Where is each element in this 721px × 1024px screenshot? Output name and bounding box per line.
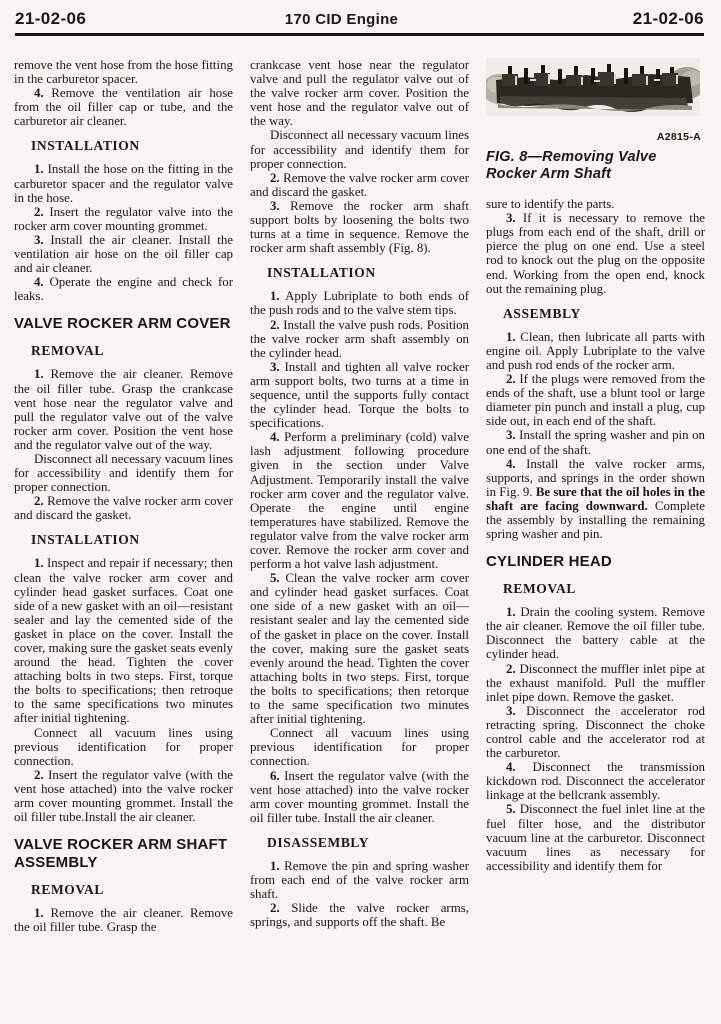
text-run: Slide the valve rocker arms, springs, an… [250, 901, 469, 929]
bold-text-run: 6. [270, 769, 280, 783]
sub-heading: INSTALLATION [14, 532, 233, 548]
paragraph: 3. Install and tighten all valve rocker … [250, 360, 469, 430]
bold-text-run: 3. [34, 233, 44, 247]
column-right: A2815-A FIG. 8—Removing Valve Rocker Arm… [486, 58, 705, 934]
bold-text-run: 1. [506, 330, 516, 344]
paragraph: 5. Disconnect the fuel inlet line at the… [486, 802, 705, 872]
bold-text-run: 1. [270, 859, 280, 873]
text-run: Remove the rocker arm shaft support bolt… [250, 199, 469, 255]
paragraph: 1. Remove the pin and spring washer from… [250, 859, 469, 901]
text-run: Insert the regulator valve into the rock… [14, 205, 233, 233]
paragraph: 1. Remove the air cleaner. Remove the oi… [14, 367, 233, 452]
bold-text-run: 1. [270, 289, 280, 303]
paragraph: 4. Disconnect the transmission kickdown … [486, 760, 705, 802]
paragraph: 2. Insert the regulator valve (with the … [14, 768, 233, 824]
paragraph: 3. Install the air cleaner. Install the … [14, 233, 233, 275]
text-run: Remove the air cleaner. Remove the oil f… [14, 367, 233, 451]
paragraph: 1. Clean, then lubricate all parts with … [486, 330, 705, 372]
paragraph: 1. Apply Lubriplate to both ends of the … [250, 289, 469, 317]
bold-text-run: 3. [270, 360, 280, 374]
text-run: Disconnect all necessary vacuum lines fo… [14, 452, 233, 494]
text-run: Inspect and repair if necessary; then cl… [14, 556, 233, 725]
text-run: Install the hose on the fitting in the c… [14, 162, 233, 204]
bold-text-run: 1. [34, 906, 44, 920]
text-run: Disconnect the transmission kickdown rod… [486, 760, 705, 802]
bold-text-run: 4. [34, 86, 44, 100]
text-run: Install and tighten all valve rocker arm… [250, 360, 469, 430]
bold-text-run: 3. [506, 428, 516, 442]
text-run: Insert the regulator valve (with the ven… [250, 769, 469, 825]
bold-text-run: 2. [270, 318, 280, 332]
paragraph: 6. Insert the regulator valve (with the … [250, 769, 469, 825]
text-run: Apply Lubriplate to both ends of the pus… [250, 289, 469, 317]
text-run: Install the air cleaner. Install the ven… [14, 233, 233, 275]
text-run: Remove the ventilation air hose from the… [14, 86, 233, 128]
paragraph: crankcase vent hose near the regulator v… [250, 58, 469, 128]
paragraph: 1. Install the hose on the fitting in th… [14, 162, 233, 204]
text-run: Disconnect the muffler inlet pipe at the… [486, 662, 705, 704]
text-run: Disconnect the fuel inlet line at the fu… [486, 802, 705, 872]
bold-text-run: 4. [270, 430, 280, 444]
paragraph: Connect all vacuum lines using previous … [250, 726, 469, 768]
paragraph: 4. Remove the ventilation air hose from … [14, 86, 233, 128]
text-run: sure to identify the parts. [486, 197, 615, 211]
page-number-right: 21-02-06 [633, 9, 704, 29]
text-run: Remove the air cleaner. Remove the oil f… [14, 906, 233, 934]
sub-heading: ASSEMBLY [486, 306, 705, 322]
text-run: crankcase vent hose near the regulator v… [250, 58, 469, 128]
paragraph: 4. Perform a preliminary (cold) valve la… [250, 430, 469, 571]
text-run: Perform a preliminary (cold) valve lash … [250, 430, 469, 571]
paragraph: 5. Clean the valve rocker arm cover and … [250, 571, 469, 726]
text-run: Insert the regulator valve (with the ven… [14, 768, 233, 824]
sub-heading: REMOVAL [14, 882, 233, 898]
column-left: remove the vent hose from the hose fitti… [14, 58, 233, 934]
sub-heading: INSTALLATION [250, 265, 469, 281]
text-run: If the plugs were removed from the ends … [486, 372, 705, 428]
paragraph: 3. Remove the rocker arm shaft support b… [250, 199, 469, 255]
paragraph: 1. Drain the cooling system. Remove the … [486, 605, 705, 661]
bold-text-run: 4. [34, 275, 44, 289]
bold-text-run: 1. [34, 367, 44, 381]
paragraph: 2. Slide the valve rocker arms, springs,… [250, 901, 469, 929]
figure-caption: FIG. 8—Removing Valve Rocker Arm Shaft [486, 149, 705, 183]
page-title: 170 CID Engine [285, 11, 398, 28]
sub-heading: REMOVAL [14, 343, 233, 359]
bold-text-run: 2. [34, 205, 44, 219]
text-run: Disconnect the accelerator rod retractin… [486, 704, 705, 760]
bold-text-run: 3. [270, 199, 280, 213]
paragraph: 1. Inspect and repair if necessary; then… [14, 556, 233, 725]
paragraph: 2. Remove the valve rocker arm cover and… [14, 494, 233, 522]
page-header: 21-02-06 170 CID Engine 21-02-06 [0, 0, 721, 29]
bold-text-run: 3. [506, 704, 516, 718]
text-run: Connect all vacuum lines using previous … [14, 726, 233, 768]
text-run: Remove the valve rocker arm cover and di… [14, 494, 233, 522]
page-number-left: 21-02-06 [15, 9, 86, 29]
bold-text-run: 5. [270, 571, 280, 585]
text-run: Clean, then lubricate all parts with eng… [486, 330, 705, 372]
paragraph: 2. Insert the regulator valve into the r… [14, 205, 233, 233]
manual-page: 21-02-06 170 CID Engine 21-02-06 remove … [0, 0, 721, 1024]
bold-text-run: 1. [34, 162, 44, 176]
paragraph: 3. Disconnect the accelerator rod retrac… [486, 704, 705, 760]
paragraph: sure to identify the parts. [486, 197, 705, 211]
paragraph: 2. Remove the valve rocker arm cover and… [250, 171, 469, 199]
text-run: remove the vent hose from the hose fitti… [14, 58, 233, 86]
paragraph: remove the vent hose from the hose fitti… [14, 58, 233, 86]
text-run: Connect all vacuum lines using previous … [250, 726, 469, 768]
paragraph: 2. If the plugs were removed from the en… [486, 372, 705, 428]
text-run: Remove the pin and spring washer from ea… [250, 859, 469, 901]
paragraph: 3. If it is necessary to remove the plug… [486, 211, 705, 296]
sub-heading: DISASSEMBLY [250, 835, 469, 851]
text-run: Install the valve push rods. Position th… [250, 318, 469, 360]
text-run: Disconnect all necessary vacuum lines fo… [250, 128, 469, 170]
bold-text-run: 2. [34, 494, 44, 508]
bold-text-run: 4. [506, 457, 516, 471]
bold-text-run: 2. [506, 372, 516, 386]
figure-8: A2815-A FIG. 8—Removing Valve Rocker Arm… [486, 58, 705, 183]
paragraph: 2. Install the valve push rods. Position… [250, 318, 469, 360]
paragraph: 4. Install the valve rocker arms, suppor… [486, 457, 705, 542]
paragraph: 4. Operate the engine and check for leak… [14, 275, 233, 303]
bold-text-run: 2. [270, 171, 280, 185]
text-run: Remove the valve rocker arm cover and di… [250, 171, 469, 199]
figure-code: A2815-A [486, 130, 701, 144]
section-heading: VALVE ROCKER ARM SHAFT ASSEMBLY [14, 836, 233, 872]
paragraph: 1. Remove the air cleaner. Remove the oi… [14, 906, 233, 934]
text-run: Operate the engine and check for leaks. [14, 275, 233, 303]
bold-text-run: 2. [270, 901, 280, 915]
paragraph: Connect all vacuum lines using previous … [14, 726, 233, 768]
section-heading: CYLINDER HEAD [486, 553, 705, 571]
bold-text-run: 4. [506, 760, 516, 774]
text-run: Drain the cooling system. Remove the air… [486, 605, 705, 661]
paragraph: Disconnect all necessary vacuum lines fo… [14, 452, 233, 494]
bold-text-run: 5. [506, 802, 516, 816]
bold-text-run: 1. [34, 556, 44, 570]
paragraph: 3. Install the spring washer and pin on … [486, 428, 705, 456]
sub-heading: REMOVAL [486, 581, 705, 597]
figure-8-photo [486, 58, 700, 116]
text-run: Clean the valve rocker arm cover and cyl… [250, 571, 469, 726]
column-middle: crankcase vent hose near the regulator v… [250, 58, 469, 934]
sub-heading: INSTALLATION [14, 138, 233, 154]
paragraph: Disconnect all necessary vacuum lines fo… [250, 128, 469, 170]
bold-text-run: 3. [506, 211, 516, 225]
text-run: If it is necessary to remove the plugs f… [486, 211, 705, 295]
text-run: Install the spring washer and pin on one… [486, 428, 705, 456]
section-heading: VALVE ROCKER ARM COVER [14, 315, 233, 333]
paragraph: 2. Disconnect the muffler inlet pipe at … [486, 662, 705, 704]
bold-text-run: 2. [506, 662, 516, 676]
content-columns: remove the vent hose from the hose fitti… [0, 36, 721, 934]
bold-text-run: 2. [34, 768, 44, 782]
bold-text-run: 1. [506, 605, 516, 619]
